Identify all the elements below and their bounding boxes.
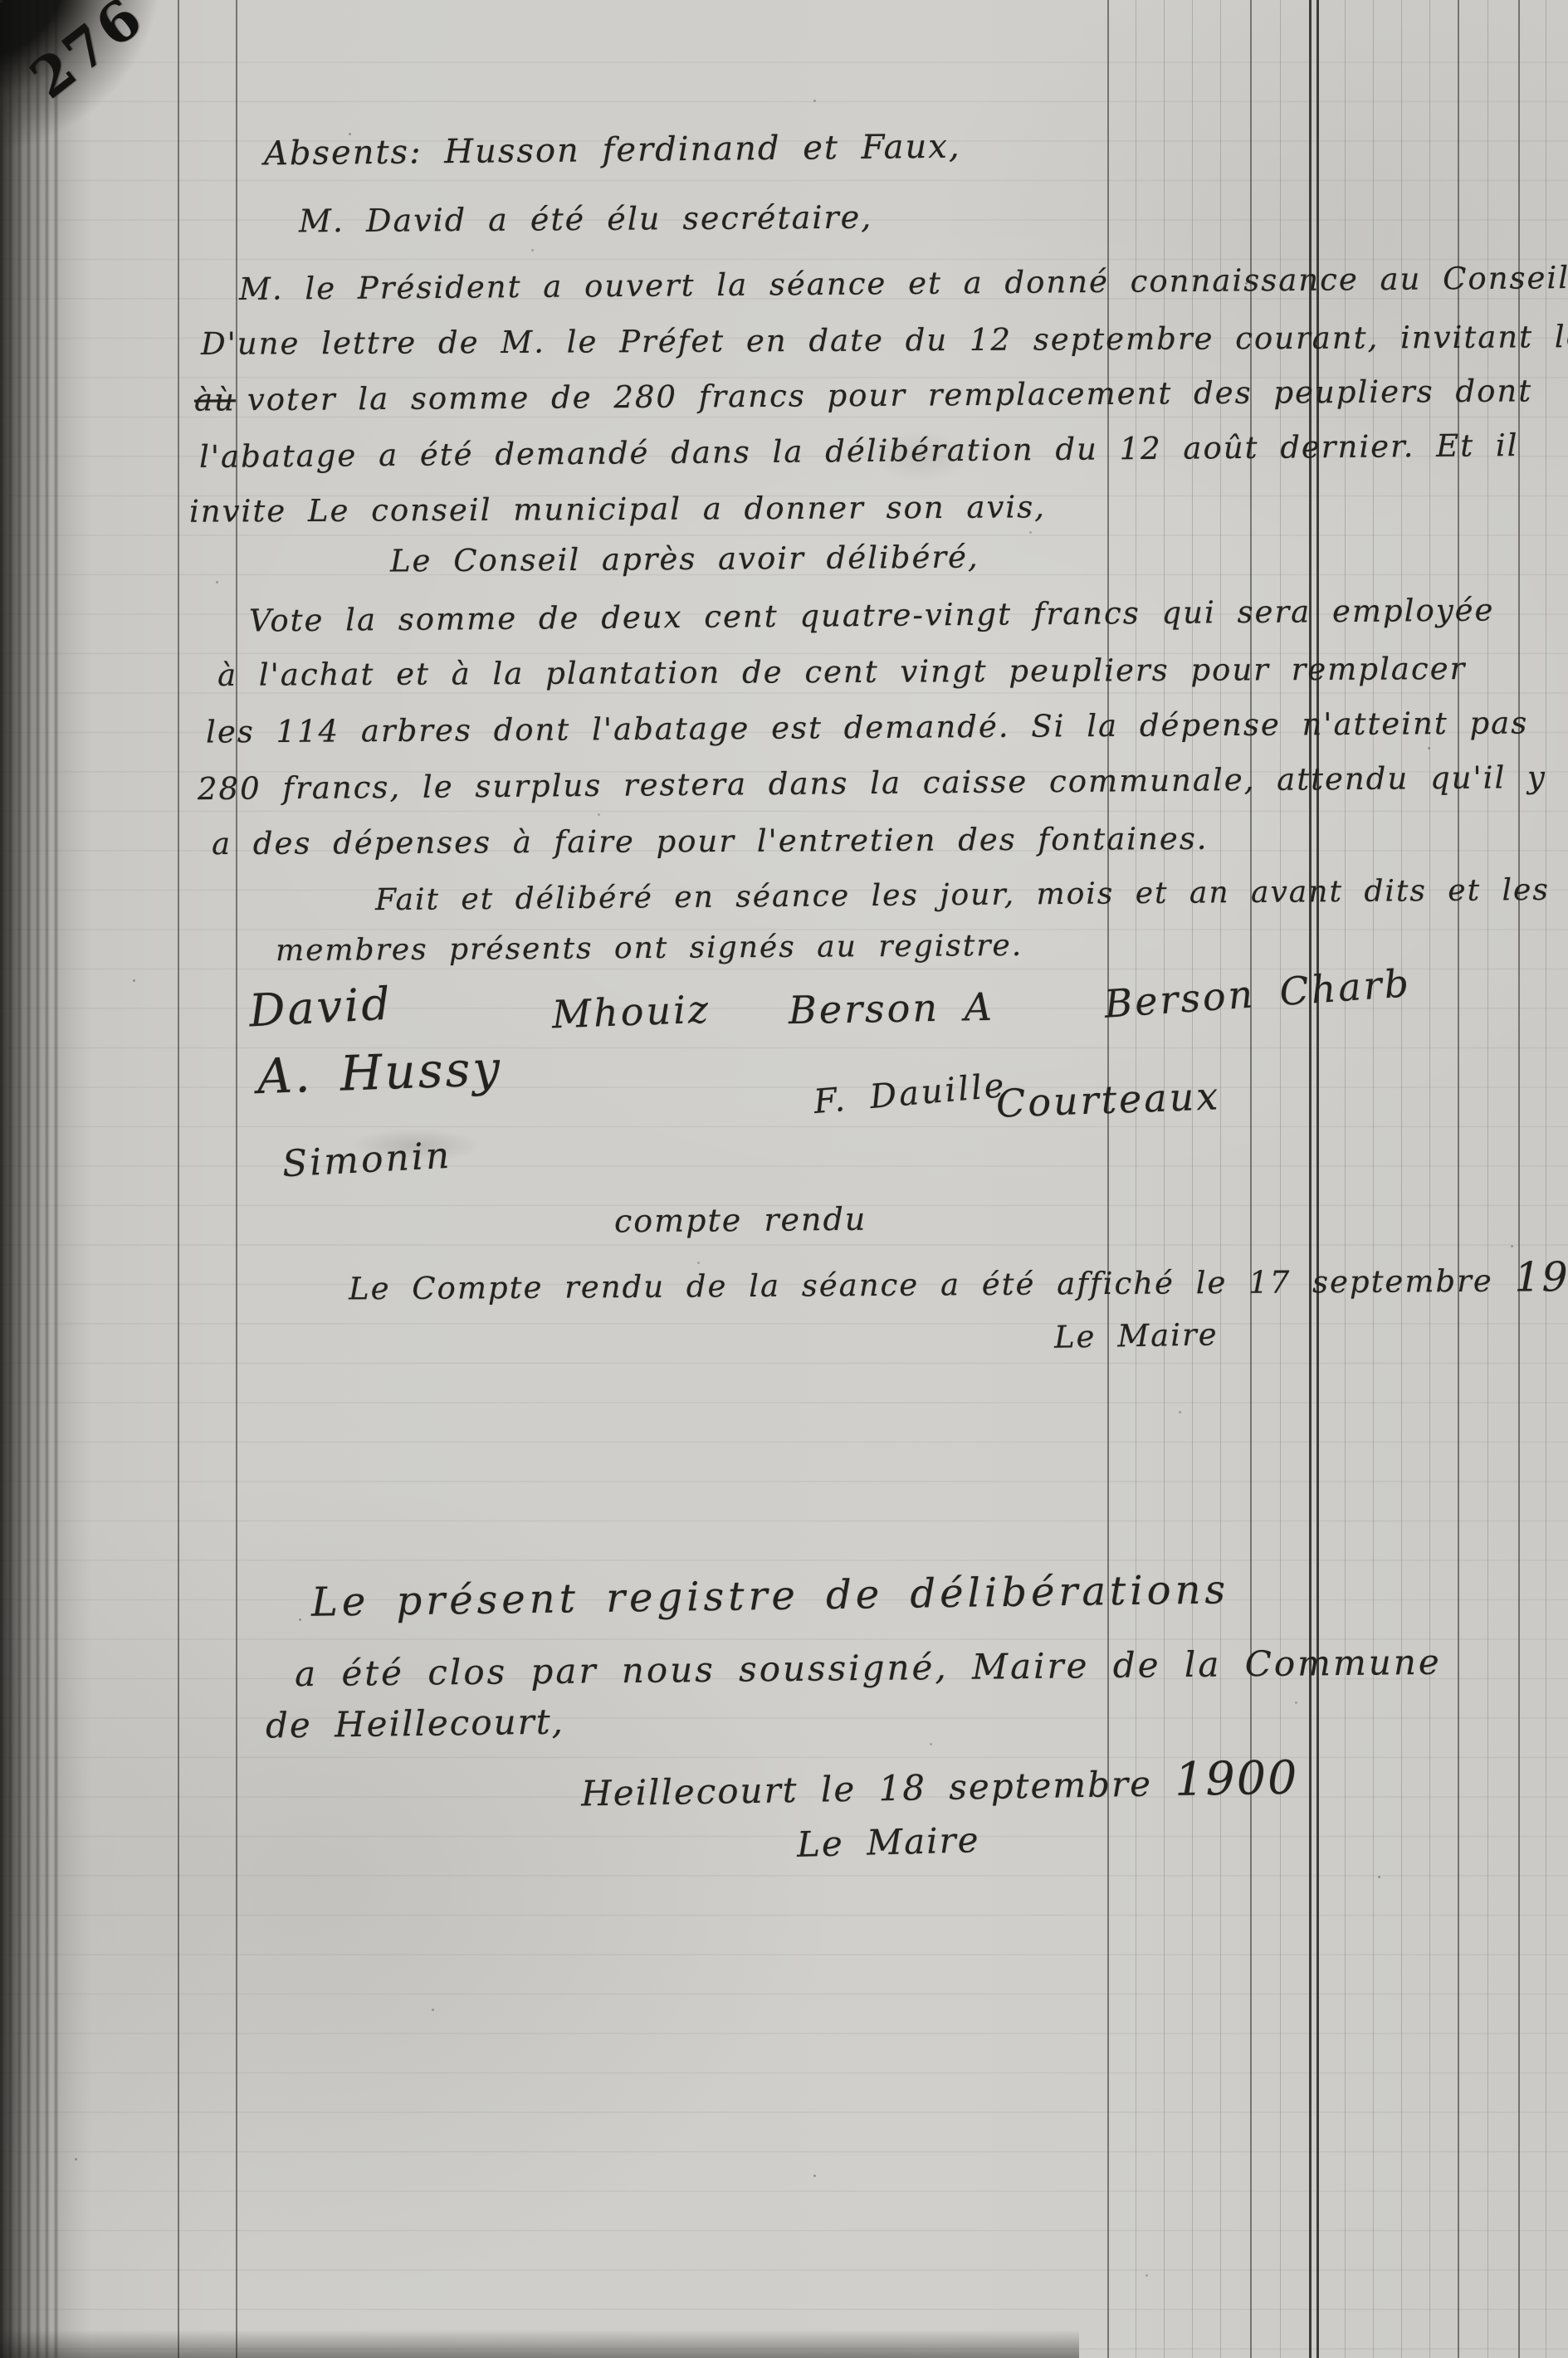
body-line-7: invite Le conseil municipal a donner son… — [189, 489, 1046, 529]
body-line-2: M. David a été élu secrétaire, — [299, 199, 873, 240]
register-page: 276 Absents: Husson ferdinand et Faux, M… — [0, 0, 1568, 2358]
struck-word: àù — [194, 382, 236, 417]
signature-berson-a: Berson A — [789, 984, 995, 1033]
body-line-10: à l'achat et à la plantation de cent vin… — [217, 651, 1466, 693]
compte-rendu-line: Le Compte rendu de la séance a été affic… — [349, 1253, 1568, 1310]
closing-date-text: Heillecourt le 18 septembre — [581, 1763, 1175, 1814]
body-line-8: Le Conseil après avoir délibéré, — [390, 539, 979, 579]
body-line-4: D'une lettre de M. le Préfet en date du … — [201, 318, 1568, 362]
closing-line-3: de Heillecourt, — [266, 1701, 565, 1745]
compte-rendu-year: 1900 — [1514, 1253, 1568, 1301]
page-bottom-edge — [0, 2330, 1079, 2358]
paper-specks — [0, 0, 2, 2]
binding-streaks — [0, 0, 58, 2358]
closing-signoff: Le Maire — [796, 1819, 980, 1865]
body-line-15: membres présents ont signés au registre. — [276, 929, 1023, 968]
signature-mhouiz: Mhouiz — [551, 987, 711, 1037]
signature-simonin: Simonin — [281, 1135, 453, 1186]
signature-a-hussy: A. Hussy — [256, 1040, 503, 1105]
body-line-13: a des dépenses à faire pour l'entretien … — [212, 821, 1209, 862]
signature-david: David — [247, 978, 393, 1037]
body-line-1: Absents: Husson ferdinand et Faux, — [264, 128, 961, 173]
compte-rendu-heading: compte rendu — [614, 1201, 867, 1240]
signature-courteaux: Courteaux — [995, 1073, 1221, 1125]
margin-rule-left-1 — [178, 0, 179, 2358]
compte-rendu-signoff: Le Maire — [1054, 1316, 1219, 1355]
compte-rendu-text: Le Compte rendu de la séance a été affic… — [349, 1263, 1515, 1307]
closing-date-year: 1900 — [1175, 1751, 1299, 1807]
